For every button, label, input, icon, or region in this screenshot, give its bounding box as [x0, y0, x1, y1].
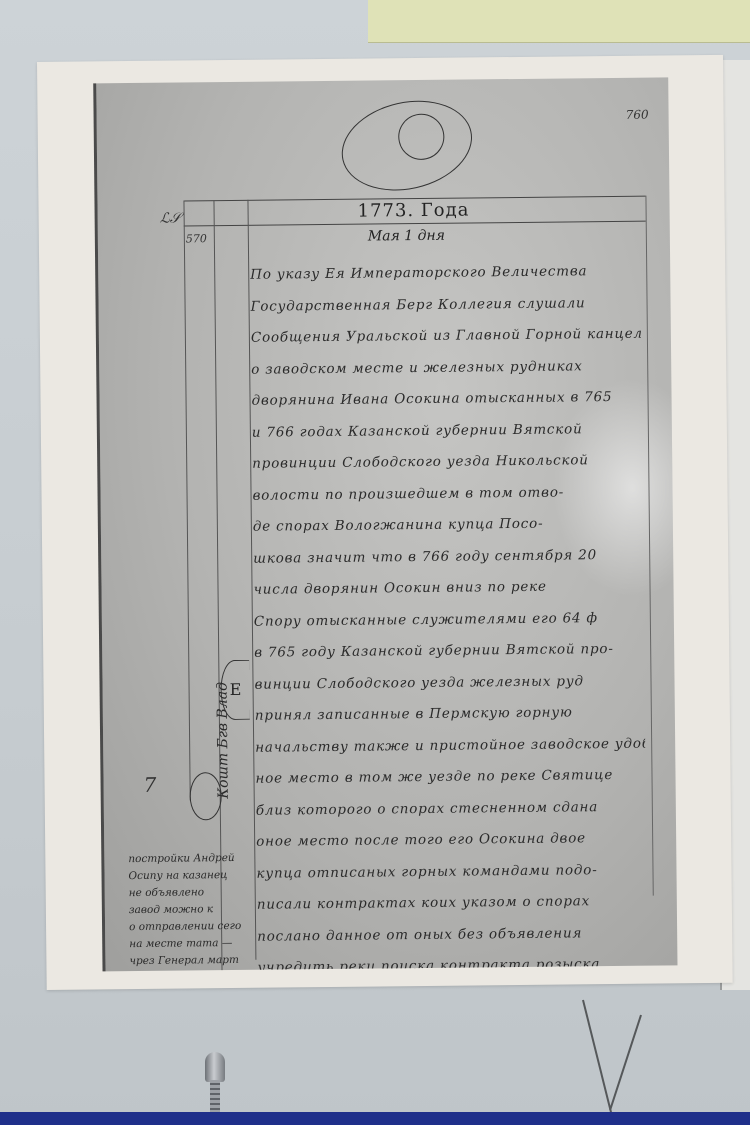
body-line: ное место в том же уезде по реке Святице: [255, 760, 645, 796]
margin-flourish: ℒ𝒮: [160, 211, 181, 227]
margin-note: не объявлено: [129, 883, 309, 902]
signature-flourish-icon: [189, 772, 222, 820]
body-line: волости по произшедшем в том отво-: [252, 476, 642, 512]
margin-note: Осипу на казанец: [128, 866, 308, 885]
margin-note: о отправлении сего: [129, 917, 309, 936]
body-line: числа дворянин Осокин вниз по реке: [253, 571, 643, 607]
body-line: послано данное от оных без объявления: [257, 917, 647, 953]
wall-bolt-icon: [203, 1052, 227, 1120]
margin-note: чрез Генерал март: [129, 951, 309, 970]
bolt-head: [205, 1052, 225, 1082]
body-line: в 765 году Казанской губернии Вятской пр…: [254, 634, 644, 670]
record-number: 570: [186, 232, 207, 245]
margin-note: завод можно к: [129, 900, 309, 919]
column-rule: [183, 200, 190, 800]
body-line: дворянина Ивана Осокина отысканных в 765: [251, 382, 641, 418]
body-line: писали контрактах коих указом о спорах: [257, 886, 647, 922]
body-line: По указу Ея Императорского Величества: [250, 256, 640, 292]
folio-number: 760: [626, 108, 649, 122]
body-line: купца отписаных горных командами подо-: [256, 854, 646, 890]
body-line: шкова значит что в 766 году сентября 20: [253, 539, 643, 575]
table-rule-header: [184, 221, 646, 227]
sticky-note: [368, 0, 750, 43]
body-line: и 766 годах Казанской губернии Вятской: [252, 413, 642, 449]
body-line: начальству также и пристойное заводское …: [255, 728, 645, 764]
document-body: По указу Ея Императорского Величества Го…: [250, 256, 648, 972]
body-line: Спору отысканные служителями его 64 ф: [254, 602, 644, 638]
margin-mark: 7: [143, 773, 156, 797]
body-line: Государственная Берг Коллегия слушали: [250, 287, 640, 323]
margin-notes: постройки Андрей Осипу на казанец не объ…: [128, 849, 309, 971]
document-date: Мая 1 дня: [368, 228, 445, 245]
body-line: оное место после того его Осокина двое: [256, 823, 646, 859]
document-year: 1773. Года: [357, 199, 469, 221]
printed-sheet: 760 ℒ𝒮 1773. Года Мая 1 дня 570 По указу…: [37, 55, 733, 990]
body-line: де спорах Вологжанина купца Посо-: [253, 508, 643, 544]
manuscript-scan: 760 ℒ𝒮 1773. Года Мая 1 дня 570 По указу…: [93, 77, 677, 971]
body-line: близ которого о спорах стесненном сдана: [256, 791, 646, 827]
body-line: провинции Слободского уезда Никольской: [252, 445, 642, 481]
shelf-edge: [0, 1112, 750, 1125]
body-line: винции Слободского уезда железных руд: [254, 665, 644, 701]
margin-note: постройки Андрей: [128, 849, 308, 868]
margin-note: на месте тата —: [129, 934, 309, 953]
body-line: о заводском месте и железных рудниках: [251, 350, 641, 386]
body-line: принял записанные в Пермскую горную: [255, 697, 645, 733]
body-line: Сообщения Уральской из Главной Горной ка…: [251, 319, 641, 355]
monogram-flourish-icon: [333, 89, 481, 203]
body-line: учредить реки поиска контракта розыска: [257, 949, 647, 972]
